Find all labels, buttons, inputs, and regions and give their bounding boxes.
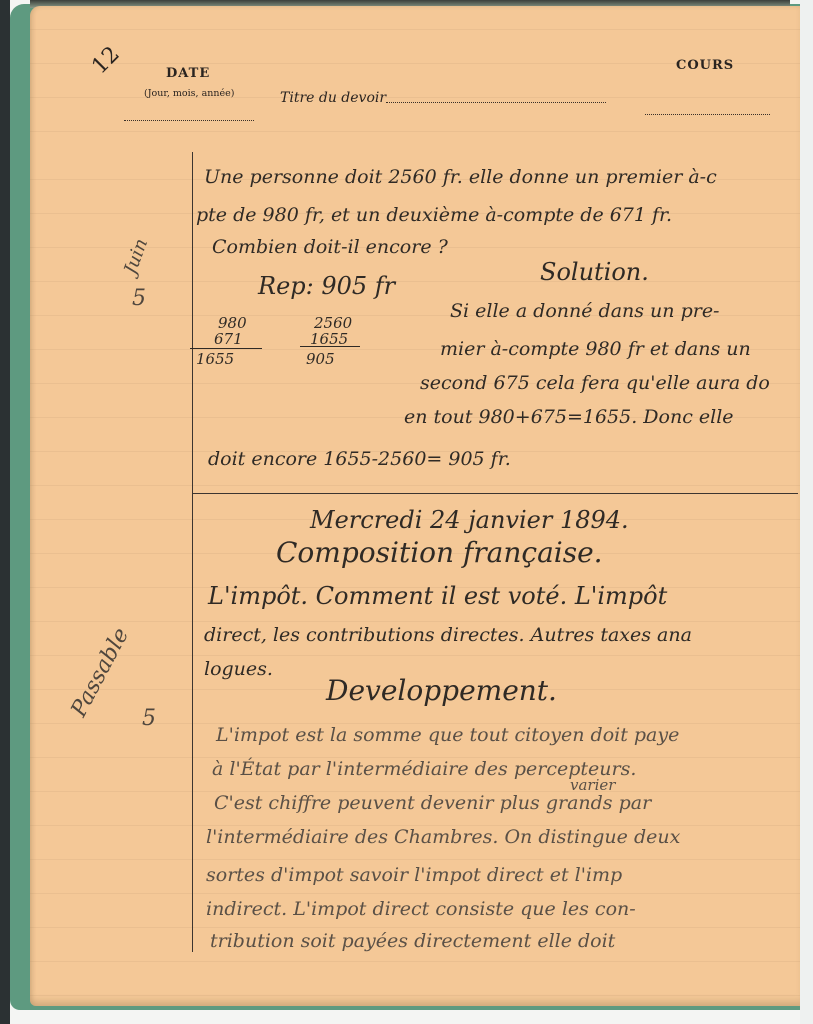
solution-line-1: Si elle a donné dans un pre- [450,300,719,322]
problem-line-1: Une personne doit 2560 fr. elle donne un… [204,166,717,188]
composition-date: Mercredi 24 janvier 1894. [310,506,629,534]
composition-title: Composition française. [276,536,603,569]
body-line-4: l'intermédiaire des Chambres. On disting… [206,826,680,848]
problem-line-3: Combien doit-il encore ? [212,236,448,258]
margin-grade-mark-2: 5 [142,706,156,731]
addition-result: 1655 [196,350,234,368]
course-label: COURS [676,58,734,73]
subject-line-2: direct, les contributions directes. Autr… [204,624,692,646]
date-line [124,120,254,121]
date-sublabel: (Jour, mois, année) [144,88,234,99]
margin-grade-mark-1: 5 [132,286,146,311]
binder-edge [0,0,10,1024]
addition-rule [190,348,262,349]
subject-line-3: logues. [204,658,273,680]
answer: Rep: 905 fr [258,272,395,300]
course-line [645,114,770,115]
section-heading: Developpement. [326,674,557,707]
problem-line-2: pte de 980 fr, et un deuxième à-compte d… [196,204,672,226]
title-line [386,102,606,103]
margin-rule [192,152,193,952]
solution-line-4: en tout 980+675=1655. Donc elle [404,406,734,428]
body-line-1: L'impot est la somme que tout citoyen do… [216,724,679,746]
subtraction-result: 905 [306,350,335,368]
solution-line-5: doit encore 1655-2560= 905 fr. [208,448,511,470]
subject-line-1: L'impôt. Comment il est voté. L'impôt [208,582,667,610]
body-line-5: sortes d'impot savoir l'impot direct et … [206,864,622,886]
solution-line-3: second 675 cela fera qu'elle aura do [420,372,770,394]
date-label: DATE [166,66,210,81]
solution-line-2: mier à-compte 980 fr et dans un [440,338,751,360]
addition-operand-2: 671 [214,330,243,348]
body-line-3: C'est chiffre peuvent devenir plus grand… [214,792,651,814]
scan-background [800,0,813,1024]
body-line-7: tribution soit payées directement elle d… [210,930,615,952]
solution-title: Solution. [540,258,649,286]
body-line-6: indirect. L'impot direct consiste que le… [206,898,636,920]
title-label: Titre du devoir [280,90,386,106]
subtraction-rule [300,346,360,347]
section-divider [192,493,798,494]
